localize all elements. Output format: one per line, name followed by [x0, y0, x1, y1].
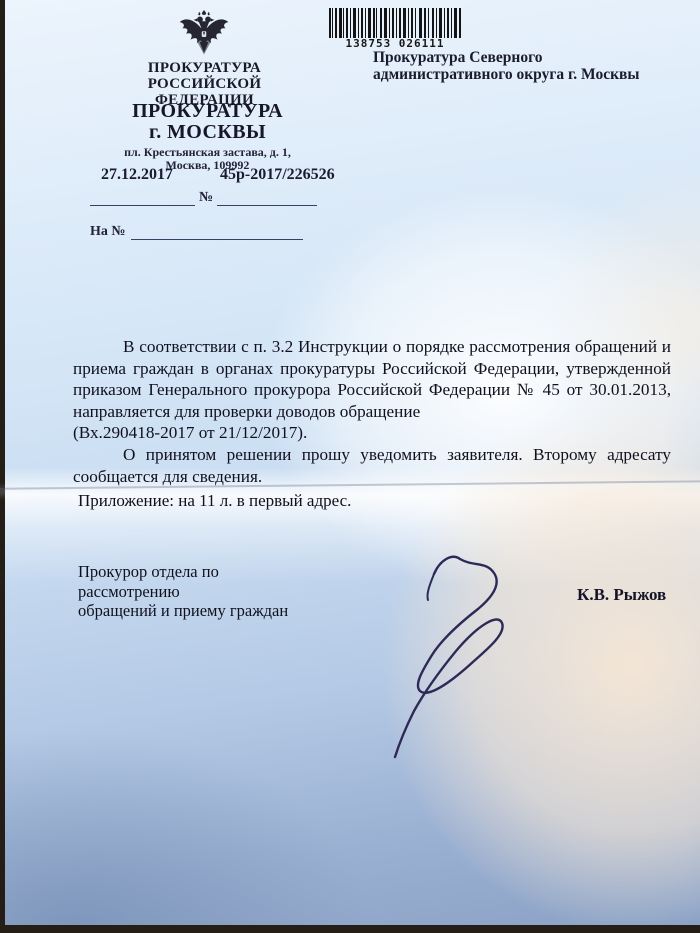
signer-name: К.В. Рыжов — [577, 585, 687, 605]
number-sign: № — [199, 190, 213, 206]
reference-blank-line: На № — [90, 224, 390, 240]
moscow-office-header: ПРОКУРАТУРА г. МОСКВЫ — [115, 101, 300, 143]
signer-position: Прокурор отдела по рассмотрению обращени… — [78, 562, 323, 621]
recipient-line1: Прокуратура Северного — [373, 50, 653, 67]
photographed-letter: ПРОКУРАТУРА РОССИЙСКОЙ ФЕДЕРАЦИИ — [0, 0, 700, 933]
recipient-address: Прокуратура Северного административного … — [373, 50, 653, 83]
incoming-reference: (Вх.290418-2017 от 21/12/2017). — [73, 422, 671, 444]
blank-underline — [217, 191, 317, 206]
position-line2: обращений и приему граждан — [78, 601, 323, 621]
russia-coat-of-arms-icon — [177, 6, 231, 58]
handwritten-signature — [388, 550, 528, 770]
blank-underline — [90, 191, 195, 206]
body-paragraph-2: О принятом решении прошу уведомить заяви… — [73, 444, 671, 487]
date-number-row: 27.12.2017 45р-2017/226526 — [101, 166, 421, 184]
barcode: 138753 026111 — [327, 8, 463, 50]
reference-label: На № — [90, 224, 125, 239]
position-line1: Прокурор отдела по рассмотрению — [78, 562, 323, 601]
paper-sheet: ПРОКУРАТУРА РОССИЙСКОЙ ФЕДЕРАЦИИ — [5, 0, 700, 925]
attachment-note: Приложение: на 11 л. в первый адрес. — [78, 491, 498, 511]
document-number: 45р-2017/226526 — [220, 166, 335, 184]
recipient-line2: административного округа г. Москвы — [373, 67, 653, 84]
federation-line1: ПРОКУРАТУРА — [107, 60, 302, 76]
barcode-bars-icon — [329, 8, 461, 38]
letter-body: В соответствии с п. 3.2 Инструкции о пор… — [73, 336, 671, 487]
blank-underline — [131, 225, 303, 240]
number-blank-line: № — [90, 190, 390, 206]
body-paragraph-1: В соответствии с п. 3.2 Инструкции о пор… — [73, 336, 671, 422]
moscow-line2: г. МОСКВЫ — [115, 122, 300, 143]
moscow-line1: ПРОКУРАТУРА — [115, 101, 300, 122]
document-date: 27.12.2017 — [101, 166, 173, 183]
